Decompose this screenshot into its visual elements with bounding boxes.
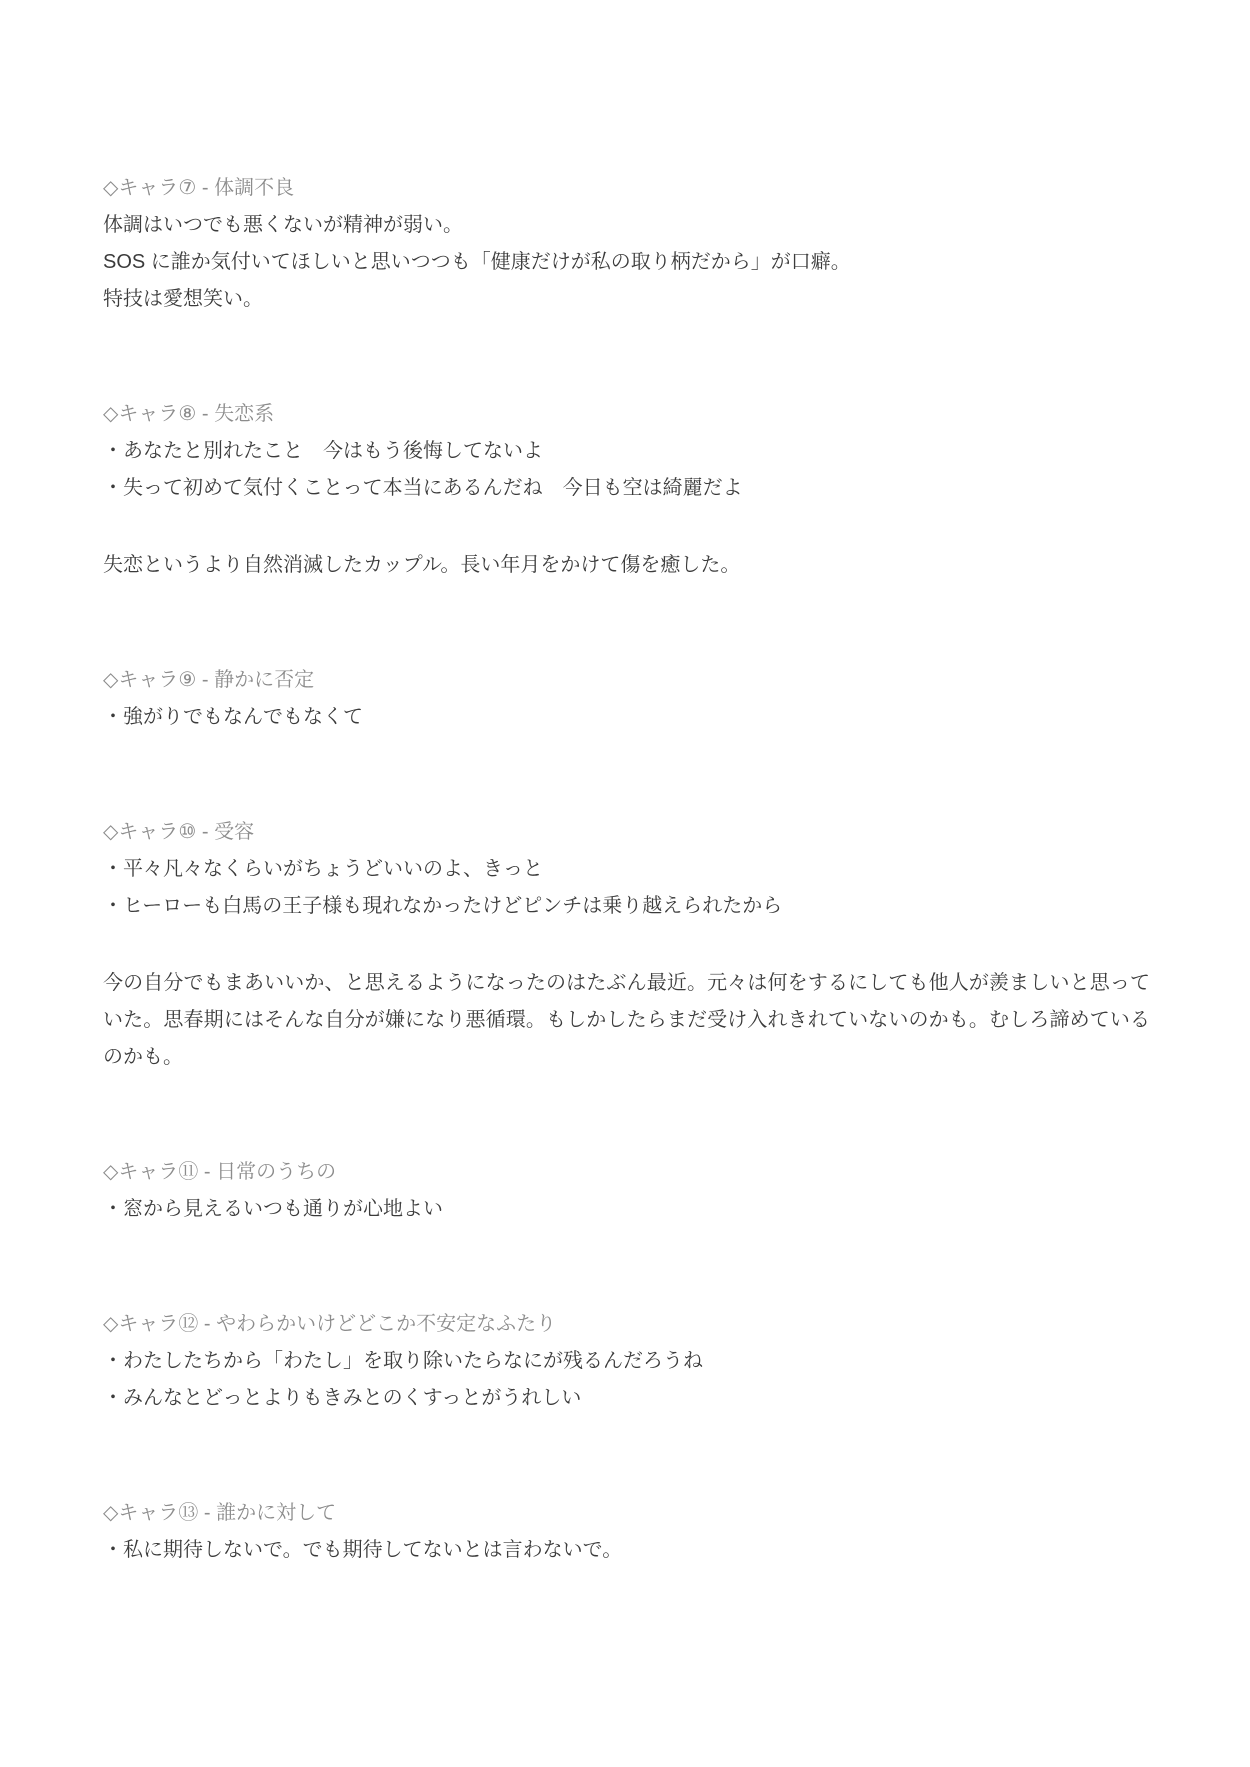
section-heading: ◇キャラ⑬ - 誰かに対して [103,1495,1150,1532]
bullet-line: ・窓から見えるいつも通りが心地よい [103,1191,1150,1228]
character-section-11: ◇キャラ⑪ - 日常のうちの ・窓から見えるいつも通りが心地よい [103,1154,1150,1228]
character-section-13: ◇キャラ⑬ - 誰かに対して ・私に期待しないで。でも期待してないとは言わないで… [103,1495,1150,1569]
bullet-line: ・ヒーローも白馬の王子様も現れなかったけどピンチは乗り越えられたから [103,888,1150,925]
section-heading: ◇キャラ⑧ - 失恋系 [103,396,1150,433]
bullet-line: ・わたしたちから「わたし」を取り除いたらなにが残るんだろうね [103,1343,1150,1380]
document-page: ◇キャラ⑦ - 体調不良 体調はいつでも悪くないが精神が弱い。 SOS に誰か気… [0,0,1250,1767]
body-line: 特技は愛想笑い。 [103,281,1150,318]
bullet-line: ・あなたと別れたこと 今はもう後悔してないよ [103,433,1150,470]
bullet-line: ・強がりでもなんでもなくて [103,699,1150,736]
section-heading: ◇キャラ⑫ - やわらかいけどどこか不安定なふたり [103,1306,1150,1343]
section-heading: ◇キャラ⑪ - 日常のうちの [103,1154,1150,1191]
section-paragraph: 今の自分でもまあいいか、と思えるようになったのはたぶん最近。元々は何をするにして… [103,965,1150,1076]
body-line: 体調はいつでも悪くないが精神が弱い。 [103,207,1150,244]
bullet-line: ・失って初めて気付くことって本当にあるんだね 今日も空は綺麗だよ [103,470,1150,507]
character-section-10: ◇キャラ⑩ - 受容 ・平々凡々なくらいがちょうどいいのよ、きっと ・ヒーローも… [103,814,1150,1076]
bullet-line: ・私に期待しないで。でも期待してないとは言わないで。 [103,1532,1150,1569]
section-paragraph: 失恋というより自然消滅したカップル。長い年月をかけて傷を癒した。 [103,547,1150,584]
bullet-line: ・みんなとどっとよりもきみとのくすっとがうれしい [103,1380,1150,1417]
section-heading: ◇キャラ⑦ - 体調不良 [103,170,1150,207]
body-line: SOS に誰か気付いてほしいと思いつつも「健康だけが私の取り柄だから」が口癖。 [103,244,1150,281]
section-heading: ◇キャラ⑨ - 静かに否定 [103,662,1150,699]
character-section-7: ◇キャラ⑦ - 体調不良 体調はいつでも悪くないが精神が弱い。 SOS に誰か気… [103,170,1150,318]
character-section-8: ◇キャラ⑧ - 失恋系 ・あなたと別れたこと 今はもう後悔してないよ ・失って初… [103,396,1150,584]
section-heading: ◇キャラ⑩ - 受容 [103,814,1150,851]
character-section-9: ◇キャラ⑨ - 静かに否定 ・強がりでもなんでもなくて [103,662,1150,736]
character-section-12: ◇キャラ⑫ - やわらかいけどどこか不安定なふたり ・わたしたちから「わたし」を… [103,1306,1150,1417]
bullet-line: ・平々凡々なくらいがちょうどいいのよ、きっと [103,851,1150,888]
